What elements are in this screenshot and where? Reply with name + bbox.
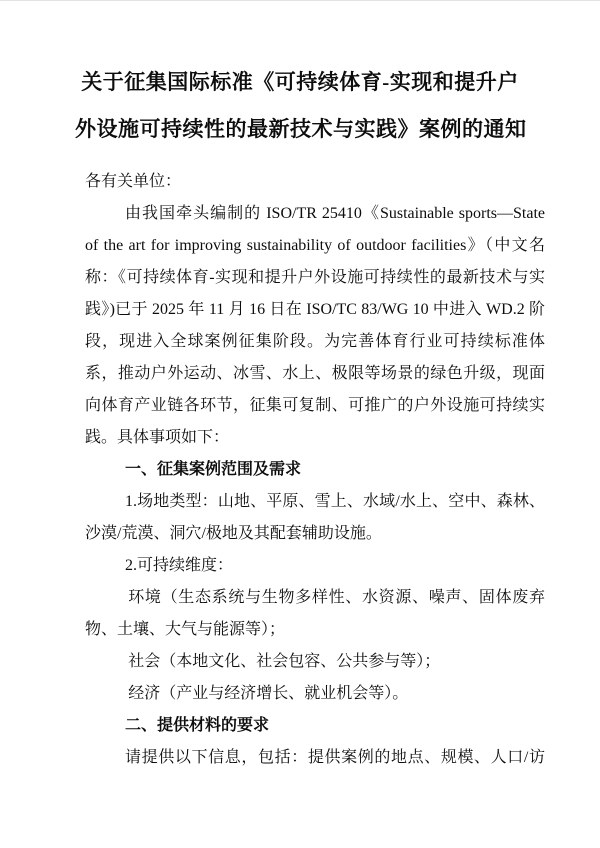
site-types-paragraph: 1.场地类型：山地、平原、雪上、水域/水上、空中、森林、沙漠/荒漠、洞穴/极地及… [85,486,545,550]
section-1-heading: 一、征集案例范围及需求 [85,454,545,486]
page-title-line-1: 关于征集国际标准《可持续体育-实现和提升户 [75,59,525,106]
section-2-heading: 二、提供材料的要求 [85,710,545,742]
intro-paragraph: 由我国牵头编制的 ISO/TR 25410《Sustainable sports… [85,198,545,454]
page-title: 关于征集国际标准《可持续体育-实现和提升户 外设施可持续性的最新技术与实践》案例… [75,1,525,153]
document-page: 关于征集国际标准《可持续体育-实现和提升户 外设施可持续性的最新技术与实践》案例… [0,0,600,848]
environment-dimension-item: 环境（生态系统与生物多样性、水资源、噪声、固体废弃物、土壤、大气与能源等）； [85,582,545,646]
social-dimension-item: 社会（本地文化、社会包容、公共参与等）； [85,646,545,678]
page-title-line-2: 外设施可持续性的最新技术与实践》案例的通知 [75,106,525,153]
materials-intro-paragraph: 请提供以下信息，包括：提供案例的地点、规模、人口/访 [85,742,545,774]
economic-dimension-item: 经济（产业与经济增长、就业机会等）。 [85,678,545,710]
sustainability-dimensions-paragraph: 2.可持续维度： [85,550,545,582]
salutation: 各有关单位： [85,166,545,198]
document-body: 各有关单位： 由我国牵头编制的 ISO/TR 25410《Sustainable… [0,166,600,774]
